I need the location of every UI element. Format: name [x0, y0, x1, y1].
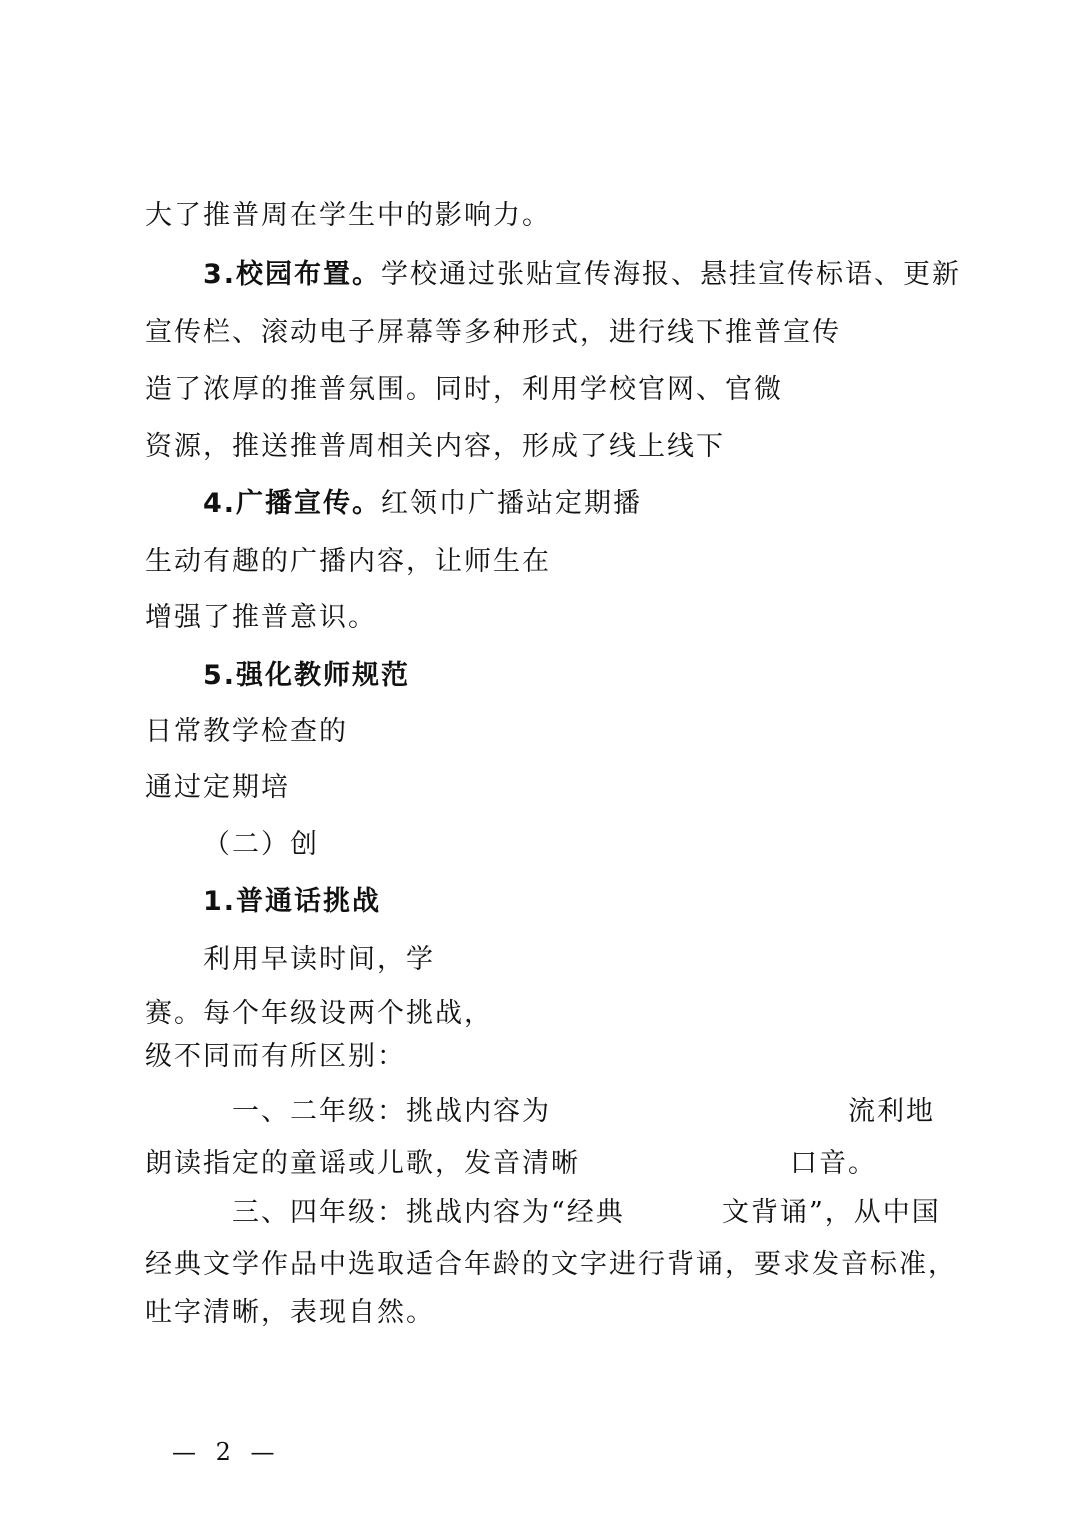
paragraph-line: 造了浓厚的推普氛围。同时，利用学校官网、官微 [145, 373, 783, 407]
paragraph-line: 增强了推普意识。 [145, 601, 377, 635]
paragraph-line: 资源，推送推普周相关内容，形成了线上线下 [145, 430, 725, 464]
section-heading: 5.强化教师规范 [203, 659, 410, 693]
paragraph-line: 赛。每个年级设两个挑战， [145, 997, 493, 1031]
section-3-line: 3.校园布置。学校通过张贴宣传海报、悬挂宣传标语、更新 [203, 258, 961, 292]
paragraph-line: 宣传栏、滚动电子屏幕等多种形式，进行线下推普宣传 [145, 316, 841, 350]
paragraph-line: 通过定期培 [145, 771, 290, 805]
paragraph-line: 利用早读时间，学 [203, 943, 435, 977]
paragraph-line-right: 口音。 [790, 1147, 877, 1181]
paragraph-text: 学校通过张贴宣传海报、悬挂宣传标语、更新 [381, 259, 961, 290]
section-heading: 3.校园布置。 [203, 259, 381, 290]
paragraph-line: 日常教学检查的 [145, 715, 348, 749]
paragraph-line-left: 一、二年级：挑战内容为 [232, 1095, 551, 1129]
paragraph-line-right: 流利地 [848, 1095, 935, 1129]
section-4-line: 4.广播宣传。红领巾广播站定期播 [203, 487, 642, 521]
paragraph-line: 大了推普周在学生中的影响力。 [145, 199, 551, 233]
subsection-heading: （二）创 [203, 828, 319, 862]
paragraph-line: 经典文学作品中选取适合年龄的文字进行背诵，要求发音标准， [145, 1248, 957, 1282]
paragraph-line: 吐字清晰，表现自然。 [145, 1296, 435, 1330]
paragraph-line-right: 文背诵”，从中国 [722, 1196, 941, 1230]
paragraph-line-left: 三、四年级：挑战内容为“经典 [232, 1196, 625, 1230]
paragraph-line: 级不同而有所区别： [145, 1040, 406, 1074]
page-number: — 2 — [172, 1437, 281, 1467]
paragraph-line: 生动有趣的广播内容，让师生在 [145, 545, 551, 579]
section-heading: 4.广播宣传。 [203, 488, 381, 519]
section-heading: 1.普通话挑战 [203, 885, 381, 919]
paragraph-line-left: 朗读指定的童谣或儿歌，发音清晰 [145, 1147, 580, 1181]
paragraph-text: 红领巾广播站定期播 [381, 488, 642, 519]
